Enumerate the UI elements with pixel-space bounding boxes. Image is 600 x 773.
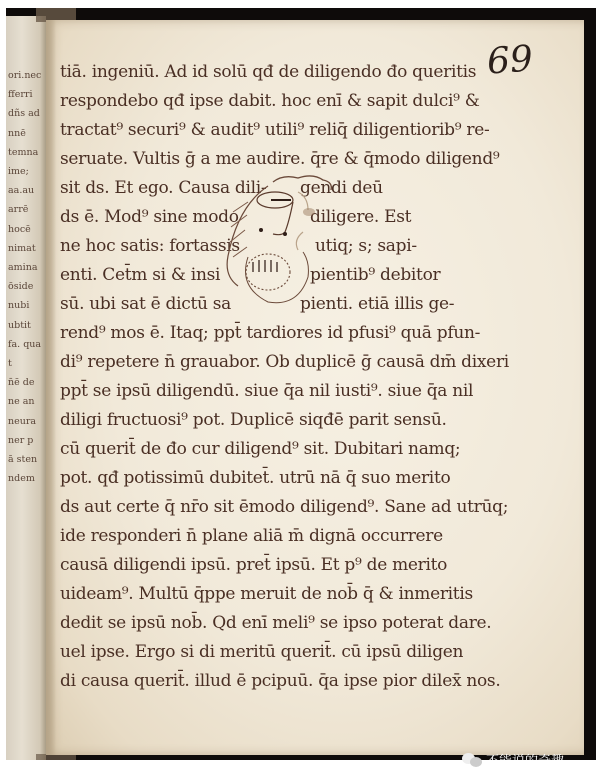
left-page-line: ōside: [8, 277, 46, 296]
left-page-line: ā sten: [8, 450, 46, 469]
text-line: tiā. ingeniū. Ad id solū qđ de diligendo…: [60, 62, 476, 82]
watermark: 不能说的奇趣: [462, 750, 564, 769]
wechat-icon: [462, 753, 482, 767]
left-page-line: ime;: [8, 162, 46, 181]
left-page-line: ori.nec: [8, 66, 46, 85]
left-page-line: fferri: [8, 85, 46, 104]
text-line: ppt̄ se ipsū diligendū. siue q̄a nil ius…: [60, 381, 473, 401]
text-line: di causa querit̄. illud ē pcipuū. q̄a ip…: [60, 671, 500, 691]
left-page-line: ubtit: [8, 316, 46, 335]
text-line: di⁹ repetere n̄ grauabor. Ob duplicē ḡ c…: [60, 352, 509, 372]
left-page-line: ne an: [8, 392, 46, 411]
left-page-line: dñs ad: [8, 104, 46, 123]
text-line: dedit se ipsū nob̄. Qd enī meli⁹ se ipso…: [60, 613, 491, 633]
left-page-line: arrē: [8, 200, 46, 219]
left-page-line: nubi: [8, 296, 46, 315]
folio-number: 69: [486, 38, 535, 82]
left-page-line: aa.au: [8, 181, 46, 200]
text-line: uel ipse. Ergo si di meritū querit̄. cū …: [60, 642, 463, 662]
text-line: respondebo qđ ipse dabit. hoc enī & sapi…: [60, 91, 480, 111]
left-page-line: ndem: [8, 469, 46, 488]
facing-left-page: ori.necfferridñs adnnētemnaime;aa.auarrē…: [6, 16, 46, 760]
left-page-line: hocē: [8, 220, 46, 239]
left-page-line: nimat: [8, 239, 46, 258]
left-page-text: ori.necfferridñs adnnētemnaime;aa.auarrē…: [8, 66, 46, 488]
text-line: diligi fructuosi⁹ pot. Duplicē siqđē par…: [60, 410, 447, 430]
left-page-line: amina: [8, 258, 46, 277]
left-page-line: neura: [8, 412, 46, 431]
text-line: sū. ubi sat ē dictū sa: [60, 294, 231, 314]
watermark-text: 不能说的奇趣: [486, 750, 564, 769]
left-page-line: fa. qua: [8, 335, 46, 354]
left-page-line: nnē: [8, 124, 46, 143]
bearded-face-drawing: [213, 172, 338, 307]
text-line: pot. qđ potissimū dubitet̄. utrū nā q̄ s…: [60, 468, 450, 488]
text-line: uideam⁹. Multū q̄ppe meruit de nob̄ q̄ &…: [60, 584, 473, 604]
text-line: rend⁹ mos ē. Itaq; ppt̄ tardiores id pfu…: [60, 323, 480, 343]
text-line: ds ē. Mod⁹ sine modo: [60, 207, 239, 227]
page-gutter-shadow: [46, 20, 56, 755]
text-line: ds aut certe q̄ nr̄o sit ēmodo diligend⁹…: [60, 497, 508, 517]
text-line: seruate. Vultis ḡ a me audire. q̄re & q̄…: [60, 149, 499, 169]
text-line: enti. Cet̄m si & insi: [60, 265, 220, 285]
left-page-line: ner p: [8, 431, 46, 450]
left-page-line: t: [8, 354, 46, 373]
text-line: causā diligendi ipsū. pret̄ ipsū. Et p⁹ …: [60, 555, 447, 575]
left-page-line: n̄ē de: [8, 373, 46, 392]
text-line: cū querit̄ de đo cur diligend⁹ sit. Dubi…: [60, 439, 460, 459]
text-line: tractat⁹ securi⁹ & audit⁹ utili⁹ reliq̄ …: [60, 120, 489, 140]
text-line: ide responderi n̄ plane aliā m̄ dignā oc…: [60, 526, 443, 546]
left-page-line: temna: [8, 143, 46, 162]
